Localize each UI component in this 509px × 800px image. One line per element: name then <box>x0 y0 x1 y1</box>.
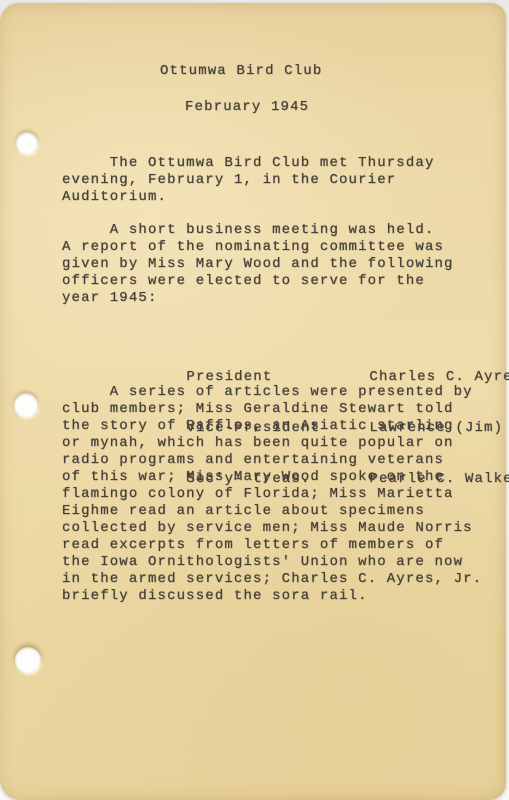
officer-row-president: PresidentCharles C. Ayres, Jr. <box>110 352 509 369</box>
hole-punch-top <box>16 132 38 154</box>
officer-name: Charles C. Ayres, Jr. <box>369 369 509 385</box>
paper-page: Ottumwa Bird Club February 1945 The Ottu… <box>0 3 506 800</box>
scan-background: Ottumwa Bird Club February 1945 The Ottu… <box>0 0 509 800</box>
paragraph-articles-presented: A series of articles were presented by c… <box>62 384 482 605</box>
page-title: Ottumwa Bird Club <box>160 63 322 80</box>
page-date: February 1945 <box>185 99 309 116</box>
paragraph-meeting-intro: The Ottumwa Bird Club met Thursday eveni… <box>62 155 435 206</box>
paragraph-business-meeting: A short business meeting was held. A rep… <box>62 222 454 307</box>
hole-punch-middle <box>14 393 38 417</box>
hole-punch-bottom <box>15 647 41 673</box>
